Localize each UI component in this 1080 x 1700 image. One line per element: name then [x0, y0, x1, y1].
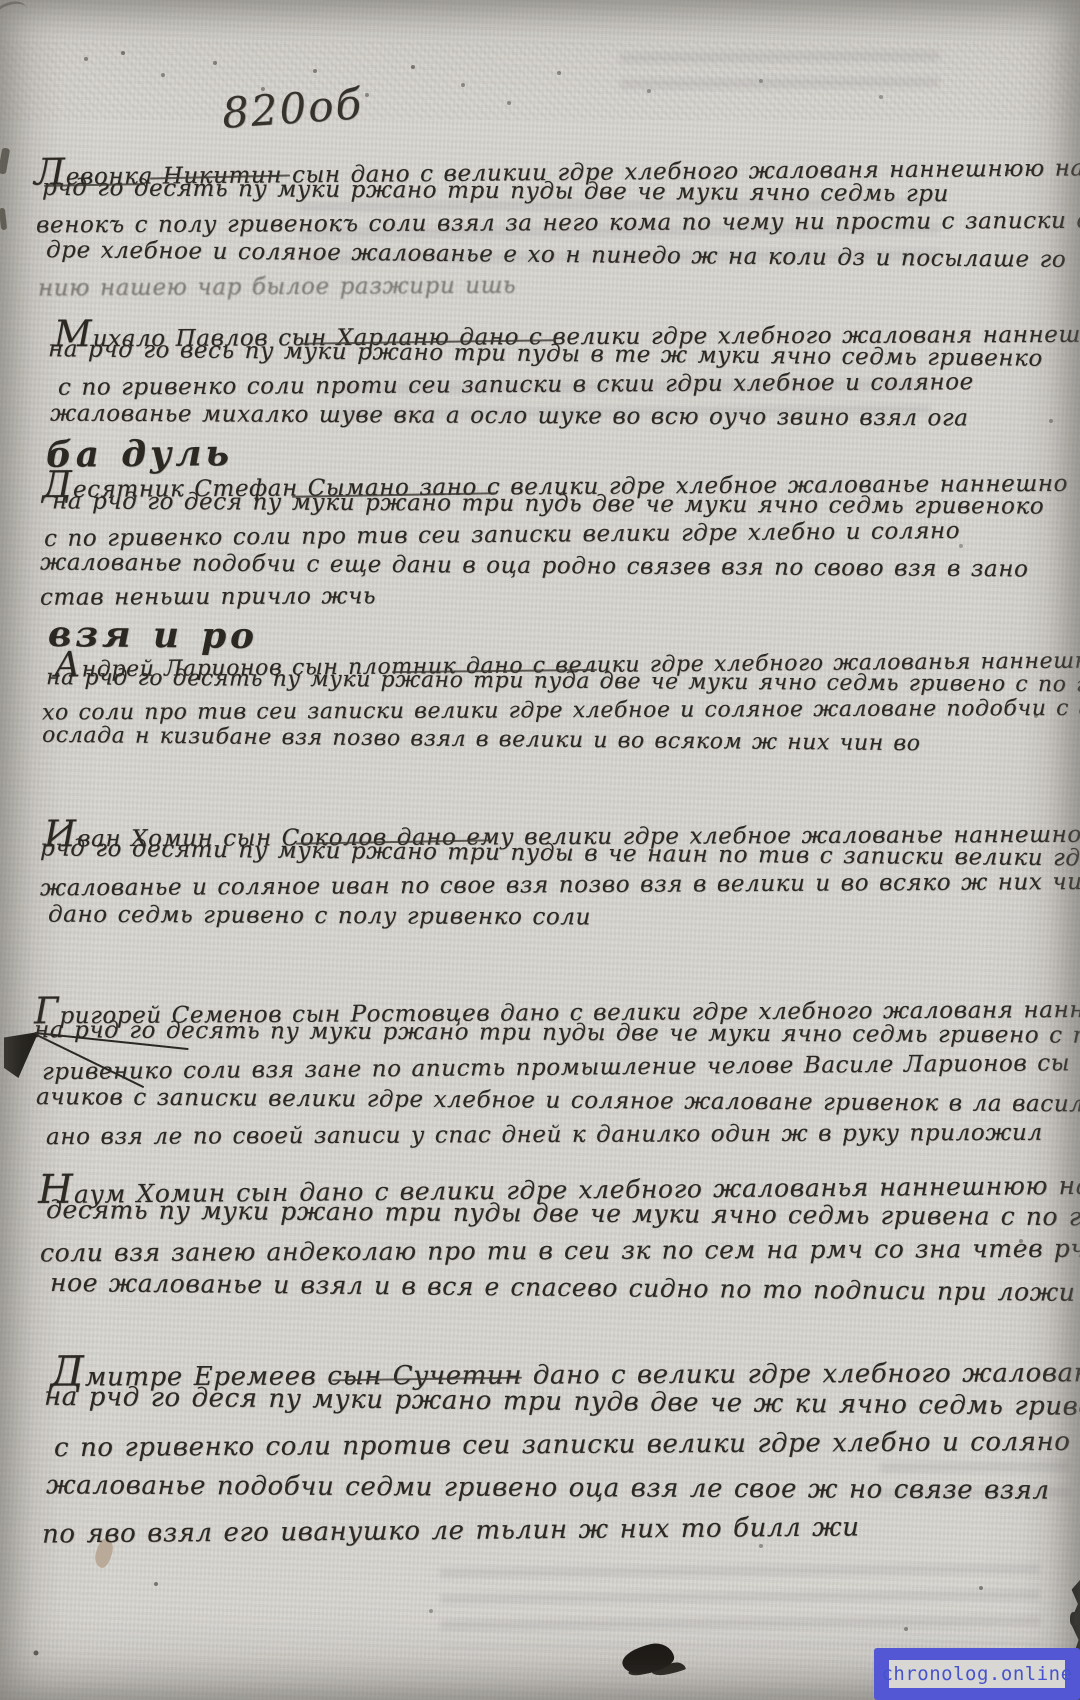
manuscript-line: с по гривенко соли против сеи записки ве…: [54, 1427, 1071, 1463]
manuscript-line: на рчд го деся пу муки ржано три пудь дв…: [52, 488, 1044, 519]
manuscript-line: рчд го десять пу муки ржано три пуды две…: [42, 175, 949, 207]
manuscript-line: ачиков с записки велики гдре хлебное и с…: [36, 1084, 1080, 1118]
manuscript-line: гривенико соли взя зане по аписть промыш…: [42, 1049, 1080, 1085]
left-edge-mark: [0, 208, 7, 231]
watermark-text: chronolog.online: [881, 1663, 1072, 1685]
manuscript-line: с по гривенко соли проти сеи записки в с…: [58, 369, 974, 401]
manuscript-line: жалованье подобчи седми гривено оца взя …: [46, 1470, 1050, 1505]
manuscript-line: венокъ с полу гривенокъ соли взял за нег…: [36, 208, 1080, 239]
left-edge-mark: [0, 148, 10, 175]
manuscript-line: соли взя занею андеколаю про ти в сеи зк…: [40, 1234, 1080, 1268]
bleedthrough-mark: [440, 1564, 1041, 1648]
watermark-panel: chronolog.online: [889, 1660, 1065, 1688]
watermark: chronolog.online: [874, 1648, 1080, 1700]
margin-triangle-mark: [4, 1032, 40, 1078]
corner-fold-mark: [0, 0, 31, 30]
manuscript-line: нию нашею чар былое разжири ишь: [38, 273, 516, 302]
manuscript-line: ослада н кизибане взя позво взял в велик…: [42, 723, 921, 756]
ink-specks: [0, 0, 2, 2]
manuscript-line: ано взя ле по своей записи у спас дней к…: [46, 1120, 1043, 1150]
folio-number: 820об: [220, 79, 364, 138]
manuscript-line: дано седмь гривено с полу гривенко соли: [48, 902, 591, 931]
manuscript-line: ное жалованье и взял и в вся е спасево с…: [50, 1268, 1080, 1307]
scan-grain-band: [0, 42, 1080, 120]
manuscript-line: с по гривенко соли про тив сеи записки в…: [44, 518, 960, 552]
manuscript-line: жалованье и соляное иван по свое взя поз…: [40, 869, 1080, 902]
manuscript-line: десять пу муки ржано три пуды две че мук…: [46, 1195, 1080, 1232]
manuscript-line: по яво взял его иванушко ле тьлин ж них …: [42, 1512, 860, 1549]
manuscript-line: хо соли про тив сеи записки велики гдре …: [42, 696, 1080, 726]
manuscript-line: жалованье подобчи с еще дани в оца родно…: [40, 550, 1029, 583]
manuscript-line: став неньши причло жчь: [40, 583, 376, 610]
ink-blot: [620, 1640, 677, 1678]
manuscript-scan-page: 820об Левонка Никитин сын дано с великии…: [0, 0, 1080, 1700]
manuscript-line: дре хлебное и соляное жалованье е хо н п…: [46, 237, 1066, 273]
manuscript-line: жалованье михалко шуве вка а осло шуке в…: [50, 401, 969, 432]
scan-edge-mark: [1070, 1612, 1078, 1626]
manuscript-line: на рчд го десять пу муки ржано три пуды …: [34, 1017, 1080, 1049]
